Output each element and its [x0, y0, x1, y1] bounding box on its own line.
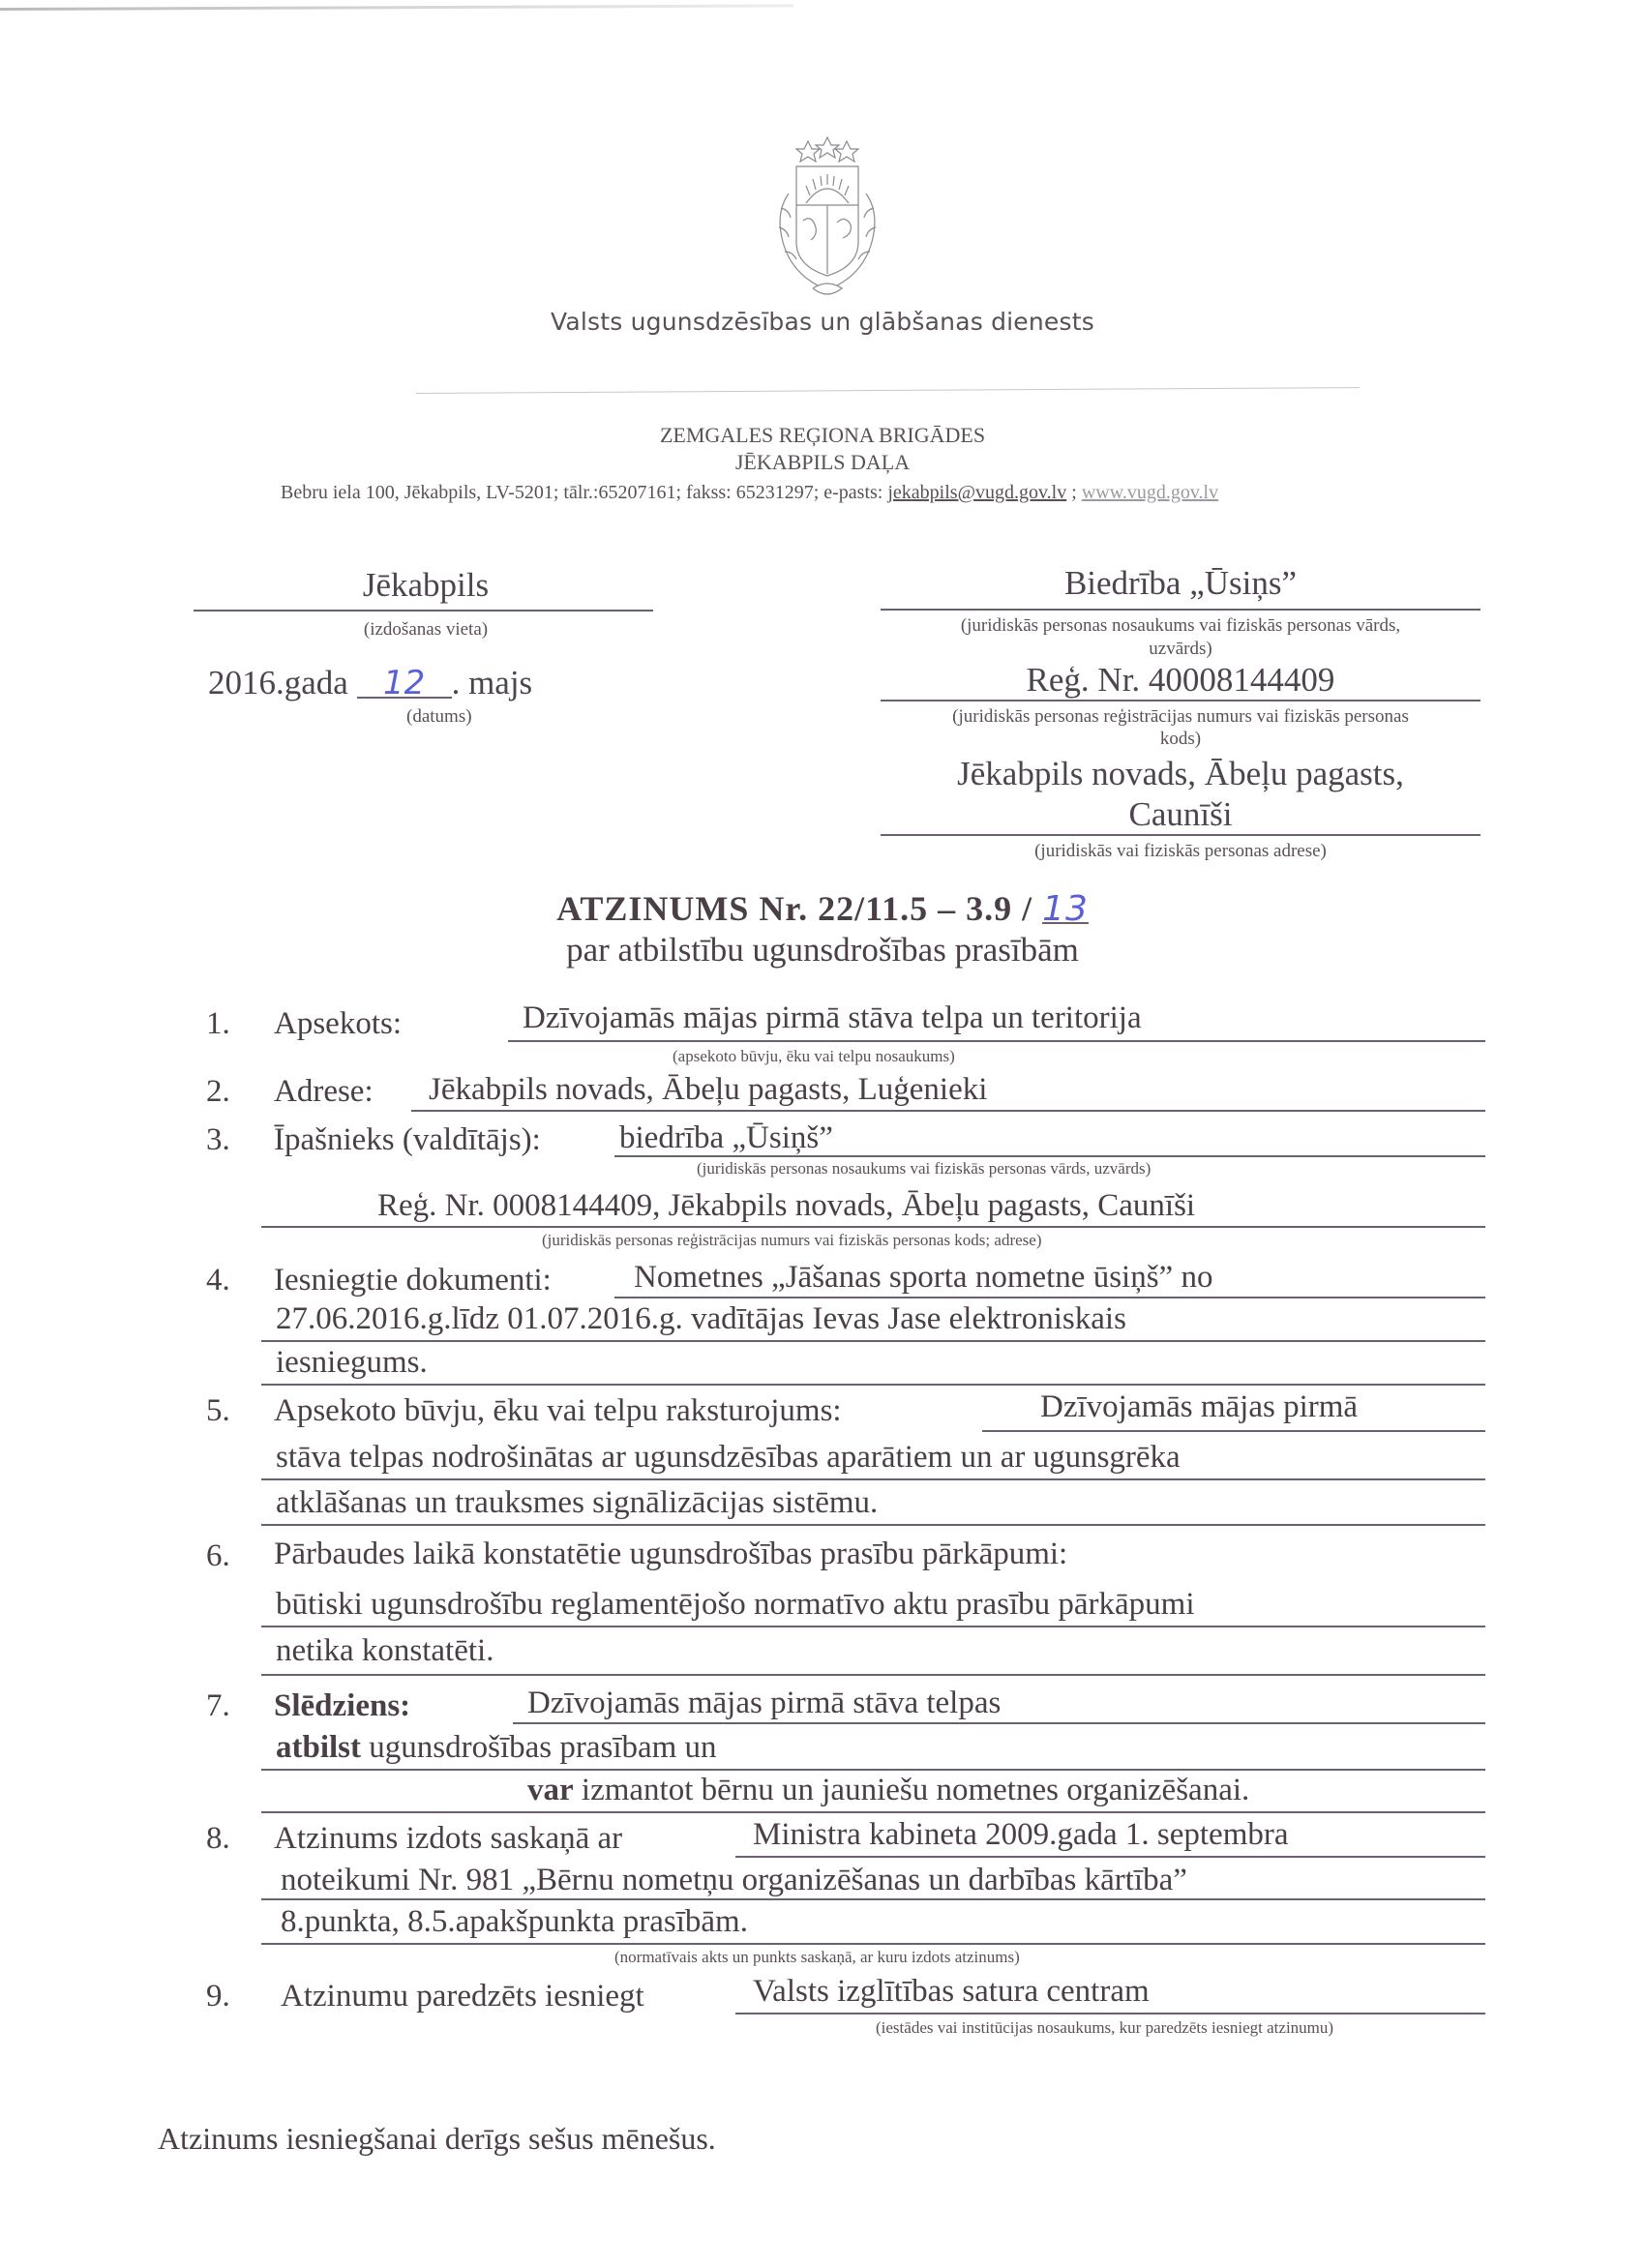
- item-5-number: 5.: [206, 1393, 230, 1429]
- scan-edge-line: [0, 4, 793, 11]
- title-main: ATZINUMS Nr. 22/11.5 – 3.9 /: [556, 889, 1042, 928]
- item-7-line-3: var izmantot bērnu un jauniešu nometnes …: [527, 1773, 1249, 1808]
- item-9-number: 9.: [206, 1979, 230, 2014]
- item-7-number: 7.: [206, 1688, 230, 1724]
- year-prefix: 2016.gada: [208, 664, 348, 701]
- item-3-line: [614, 1155, 1485, 1157]
- item-8-line-3: 8.punkta, 8.5.apakšpunkta prasībām.: [281, 1904, 748, 1940]
- department-name: JĒKABPILS DAĻA: [0, 450, 1645, 475]
- recipient-name: Biedrība „Ūsiņs”: [881, 564, 1480, 603]
- item-1-value: Dzīvojamās mājas pirmā stāva telpa un te…: [523, 1000, 1142, 1036]
- number-line: [1042, 922, 1089, 924]
- issue-place: Jēkabpils: [194, 566, 658, 605]
- item-3-caption: (juridiskās personas nosaukums vai fizis…: [697, 1159, 1151, 1179]
- recipient-address-1: Jēkabpils novads, Ābeļu pagasts,: [881, 755, 1480, 793]
- item-2-number: 2.: [206, 1074, 230, 1110]
- header-divider: [416, 387, 1360, 394]
- document-title: ATZINUMS Nr. 22/11.5 – 3.9 / 13: [0, 888, 1645, 929]
- item-6-rule-1: [261, 1626, 1485, 1627]
- recipient-reg-caption-1: (juridiskās personas reģistrācijas numur…: [881, 706, 1480, 728]
- var-bold: var: [527, 1773, 574, 1807]
- recipient-address-caption: (juridiskās vai fiziskās personas adrese…: [881, 841, 1480, 862]
- item-6-line-1: būtiski ugunsdrošību reglamentējošo norm…: [276, 1587, 1195, 1623]
- item-7-line-1: Dzīvojamās mājas pirmā stāva telpas: [527, 1686, 1001, 1721]
- item-8-number: 8.: [206, 1821, 230, 1857]
- email-link[interactable]: jekabpils@vugd.gov.lv: [887, 482, 1066, 503]
- item-1-caption: (apsekoto būvju, ēku vai telpu nosaukums…: [673, 1047, 955, 1066]
- issue-date: 2016.gada 12 . majs: [208, 664, 532, 702]
- item-9-value: Valsts izglītības satura centram: [753, 1974, 1150, 2010]
- item-2-value: Jēkabpils novads, Ābeļu pagasts, Luģenie…: [429, 1072, 987, 1108]
- address-contacts: Bebru iela 100, Jēkabpils, LV-5201; tālr…: [281, 482, 887, 503]
- item-7-rule-3: [261, 1811, 1485, 1813]
- recipient-address-2: Caunīši: [881, 795, 1480, 834]
- agency-name: Valsts ugunsdzēsības un glābšanas dienes…: [0, 308, 1645, 336]
- item-4-rule-2: [261, 1340, 1485, 1342]
- item-8-rule-1: [735, 1856, 1485, 1858]
- item-5-line-3: atklāšanas un trauksmes signālizācijas s…: [276, 1485, 878, 1521]
- item-5-line-2: stāva telpas nodrošinātas ar ugunsdzēsīb…: [276, 1440, 1181, 1476]
- recipient-reg-line: [881, 700, 1480, 701]
- item-9-caption: (iestādes vai institūcijas nosaukums, ku…: [876, 2018, 1333, 2038]
- brigade-name: ZEMGALES REĢIONA BRIGĀDES: [0, 423, 1645, 448]
- item-8-rule-2: [261, 1898, 1485, 1900]
- item-1-number: 1.: [206, 1006, 230, 1042]
- item-2-label: Adrese:: [274, 1074, 374, 1110]
- recipient-address-line: [881, 834, 1480, 836]
- date-caption: (datums): [406, 706, 472, 728]
- item-7-rule-2: [261, 1769, 1485, 1771]
- item-1-line: [508, 1040, 1485, 1042]
- atbilst-bold: atbilst: [276, 1730, 361, 1765]
- item-2-line: [411, 1110, 1485, 1112]
- item-6-rule-2: [261, 1674, 1485, 1676]
- item-6-number: 6.: [206, 1538, 230, 1574]
- item-3-line-2: [261, 1226, 1485, 1228]
- item-7-line-3-text: izmantot bērnu un jauniešu nometnes orga…: [574, 1773, 1250, 1807]
- item-5-rule-3: [261, 1524, 1485, 1526]
- recipient-reg-no: Reģ. Nr. 40008144409: [881, 661, 1480, 700]
- item-3-value-2: Reģ. Nr. 0008144409, Jēkabpils novads, Ā…: [377, 1188, 1195, 1224]
- item-3-label: Īpašnieks (valdītājs):: [274, 1122, 541, 1158]
- item-7-line-2: atbilst ugunsdrošības prasībam un: [276, 1730, 717, 1766]
- website-link[interactable]: www.vugd.gov.lv: [1082, 482, 1218, 503]
- day-line: [357, 697, 452, 699]
- item-4-line-2: 27.06.2016.g.līdz 01.07.2016.g. vadītāja…: [276, 1301, 1126, 1337]
- item-8-caption: (normatīvais akts un punkts saskaņā, ar …: [614, 1948, 1020, 1967]
- item-3-number: 3.: [206, 1122, 230, 1158]
- item-7-label: Slēdziens:: [274, 1688, 410, 1724]
- item-4-rule-3: [261, 1384, 1485, 1386]
- item-8-line-2: noteikumi Nr. 981 „Bērnu nometņu organiz…: [281, 1863, 1187, 1898]
- item-5-rule-1: [982, 1430, 1485, 1432]
- item-4-rule-1: [614, 1297, 1485, 1298]
- item-4-number: 4.: [206, 1263, 230, 1298]
- item-1-label: Apsekots:: [274, 1006, 402, 1042]
- item-8-line-1: Ministra kabineta 2009.gada 1. septembra: [753, 1817, 1289, 1853]
- item-9-line: [735, 2013, 1485, 2014]
- contact-line: Bebru iela 100, Jēkabpils, LV-5201; tālr…: [281, 482, 1218, 504]
- item-7-rule-1: [513, 1722, 1485, 1724]
- issue-place-caption: (izdošanas vieta): [194, 619, 658, 641]
- issue-place-line: [194, 610, 653, 612]
- recipient-name-caption-2: uzvārds): [881, 639, 1480, 660]
- item-9-label: Atzinumu paredzēts iesniegt: [281, 1979, 644, 2014]
- recipient-name-caption-1: (juridiskās personas nosaukums vai fizis…: [881, 615, 1480, 637]
- item-6-line-2: netika konstatēti.: [276, 1633, 493, 1669]
- recipient-reg-caption-2: kods): [881, 729, 1480, 750]
- item-6-label: Pārbaudes laikā konstatētie ugunsdrošība…: [274, 1537, 1067, 1572]
- latvia-coat-of-arms-icon: [760, 135, 895, 310]
- item-4-line-1: Nometnes „Jāšanas sporta nometne ūsiņš” …: [634, 1260, 1212, 1296]
- validity-note: Atzinums iesniegšanai derīgs sešus mēneš…: [158, 2121, 716, 2157]
- item-3-caption-2: (juridiskās personas reģistrācijas numur…: [542, 1231, 1041, 1250]
- item-8-label: Atzinums izdots saskaņā ar: [274, 1821, 622, 1857]
- item-5-label: Apsekoto būvju, ēku vai telpu raksturoju…: [274, 1393, 842, 1429]
- document-subtitle: par atbilstību ugunsdrošības prasībām: [0, 931, 1645, 970]
- item-5-rule-2: [261, 1478, 1485, 1480]
- item-3-value: biedrība „Ūsiņš”: [619, 1120, 833, 1156]
- item-5-line-1: Dzīvojamās mājas pirmā: [1040, 1389, 1358, 1425]
- recipient-name-line: [881, 609, 1480, 611]
- separator: ;: [1066, 482, 1082, 503]
- item-7-line-2-text: ugunsdrošības prasībam un: [361, 1730, 717, 1765]
- month-suffix: . majs: [452, 664, 533, 701]
- item-8-rule-3: [261, 1943, 1485, 1945]
- item-4-label: Iesniegtie dokumenti:: [274, 1263, 552, 1298]
- item-4-line-3: iesniegums.: [276, 1345, 428, 1381]
